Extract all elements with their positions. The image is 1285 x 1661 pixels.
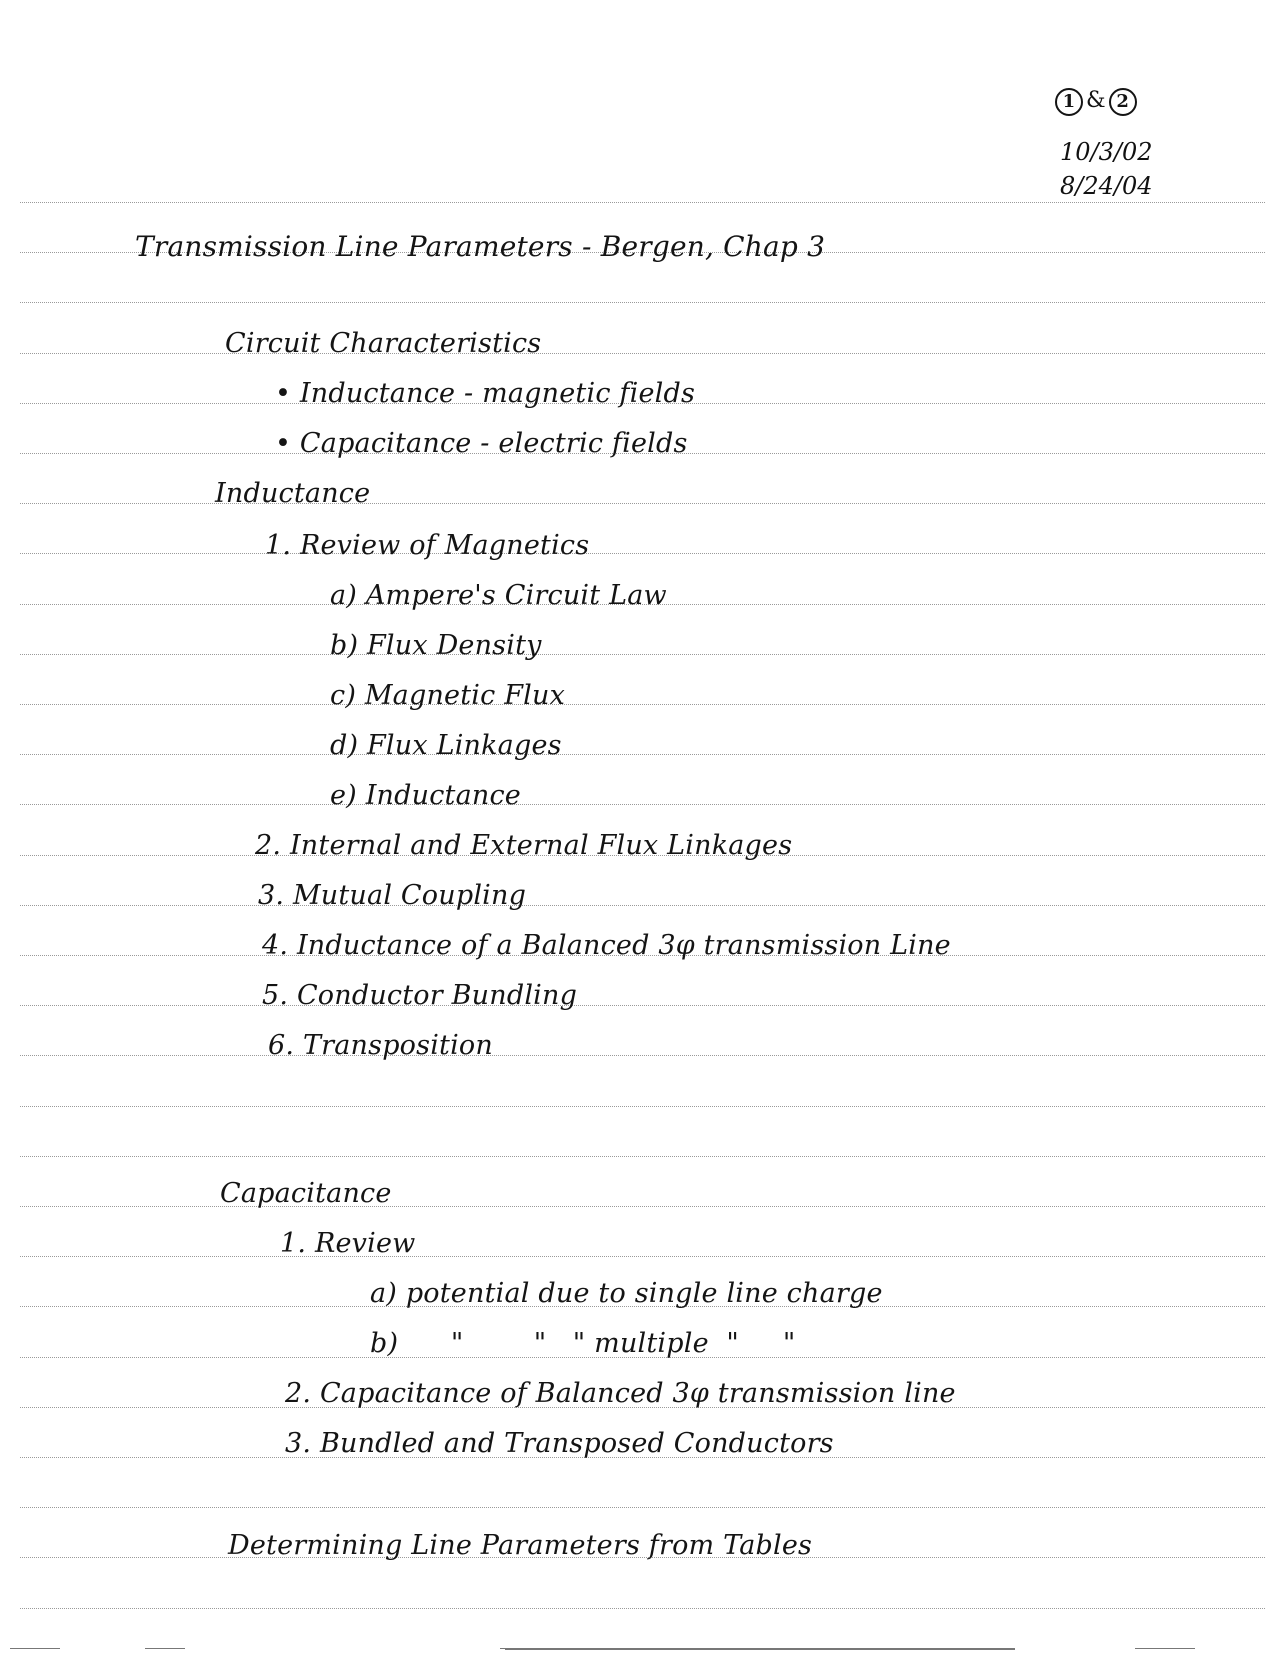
ruled-line <box>20 503 1265 504</box>
date-first: 10/3/02 <box>1060 138 1153 166</box>
ruled-line <box>20 353 1265 354</box>
inductance-item-3: 3. Mutual Coupling <box>258 880 526 911</box>
bullet-capacitance: • Capacitance - electric fields <box>275 428 688 459</box>
heading-determining-parameters: Determining Line Parameters from Tables <box>228 1530 812 1561</box>
ruled-line <box>20 804 1265 805</box>
scan-artifact <box>10 1648 60 1649</box>
inductance-item-2: 2. Internal and External Flux Linkages <box>255 830 792 861</box>
ruled-line <box>20 1608 1265 1609</box>
ruled-line <box>20 1507 1265 1508</box>
capacitance-subitem-b: b) " " " multiple " " <box>370 1328 796 1359</box>
ruled-line <box>20 202 1265 203</box>
inductance-subitem-b: b) Flux Density <box>330 630 542 661</box>
page-title: Transmission Line Parameters - Bergen, C… <box>135 230 825 263</box>
inductance-subitem-a: a) Ampere's Circuit Law <box>330 580 667 611</box>
ruled-line <box>20 704 1265 705</box>
marker-circle-1: 1 <box>1055 88 1083 116</box>
ruled-line <box>20 1055 1265 1056</box>
heading-circuit-characteristics: Circuit Characteristics <box>225 328 541 359</box>
heading-inductance: Inductance <box>215 478 370 509</box>
ruled-line <box>20 905 1265 906</box>
heading-capacitance: Capacitance <box>220 1178 392 1209</box>
ruled-line <box>20 1256 1265 1257</box>
bullet-inductance: • Inductance - magnetic fields <box>275 378 695 409</box>
inductance-item-6: 6. Transposition <box>268 1030 493 1061</box>
inductance-item-4: 4. Inductance of a Balanced 3φ transmiss… <box>262 930 951 961</box>
scan-artifact <box>145 1648 185 1649</box>
date-second: 8/24/04 <box>1060 172 1153 200</box>
capacitance-subitem-a: a) potential due to single line charge <box>370 1278 883 1309</box>
ruled-line <box>20 1106 1265 1107</box>
page-markers: 1&2 <box>1055 88 1137 116</box>
inductance-item-5: 5. Conductor Bundling <box>262 980 577 1011</box>
inductance-item-1: 1. Review of Magnetics <box>265 530 589 561</box>
inductance-subitem-d: d) Flux Linkages <box>330 730 562 761</box>
marker-circle-2: 2 <box>1109 88 1137 116</box>
inductance-subitem-e: e) Inductance <box>330 780 521 811</box>
capacitance-item-2: 2. Capacitance of Balanced 3φ transmissi… <box>285 1378 956 1409</box>
scan-artifact <box>1135 1648 1195 1649</box>
ruled-line <box>20 754 1265 755</box>
ruled-line <box>20 1206 1265 1207</box>
marker-ampersand: & <box>1086 88 1106 113</box>
ruled-line <box>20 1156 1265 1157</box>
capacitance-item-3: 3. Bundled and Transposed Conductors <box>285 1428 834 1459</box>
ruled-line <box>20 1005 1265 1006</box>
ruled-line <box>20 553 1265 554</box>
ruled-line <box>20 654 1265 655</box>
ruled-line <box>20 302 1265 303</box>
capacitance-item-1: 1. Review <box>280 1228 415 1259</box>
inductance-subitem-c: c) Magnetic Flux <box>330 680 565 711</box>
scan-artifact <box>505 1648 1015 1650</box>
